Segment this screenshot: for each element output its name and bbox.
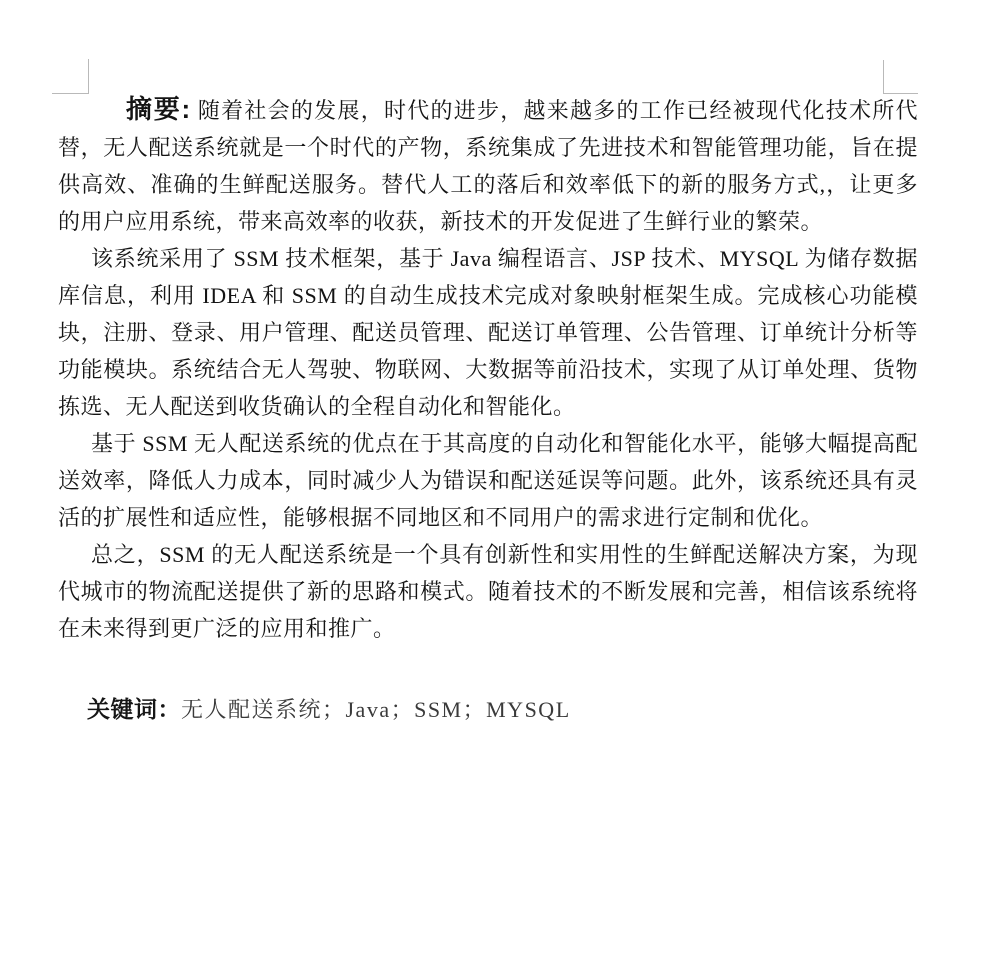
abstract-paragraph-3: 基于 SSM 无人配送系统的优点在于其高度的自动化和智能化水平，能够大幅提高配送… (58, 425, 918, 536)
abstract-paragraph-2: 该系统采用了 SSM 技术框架，基于 Java 编程语言、JSP 技术、MYSQ… (58, 240, 918, 425)
abstract-section: 摘要:随着社会的发展，时代的进步，越来越多的工作已经被现代化技术所代替，无人配送… (58, 91, 918, 728)
margin-crop-mark-top-left (52, 59, 89, 94)
abstract-paragraph-1: 摘要:随着社会的发展，时代的进步，越来越多的工作已经被现代化技术所代替，无人配送… (58, 91, 918, 240)
keywords-line: 关键词：无人配送系统；Java；SSM；MYSQL (58, 691, 918, 728)
keywords-value: 无人配送系统；Java；SSM；MYSQL (181, 697, 571, 722)
margin-crop-mark-top-right (883, 60, 918, 94)
document-page: 摘要:随着社会的发展，时代的进步，越来越多的工作已经被现代化技术所代替，无人配送… (0, 0, 992, 960)
keywords-label: 关键词： (87, 696, 181, 722)
abstract-heading-label: 摘要: (126, 94, 191, 124)
abstract-paragraph-4: 总之，SSM 的无人配送系统是一个具有创新性和实用性的生鲜配送解决方案，为现代城… (58, 536, 918, 647)
